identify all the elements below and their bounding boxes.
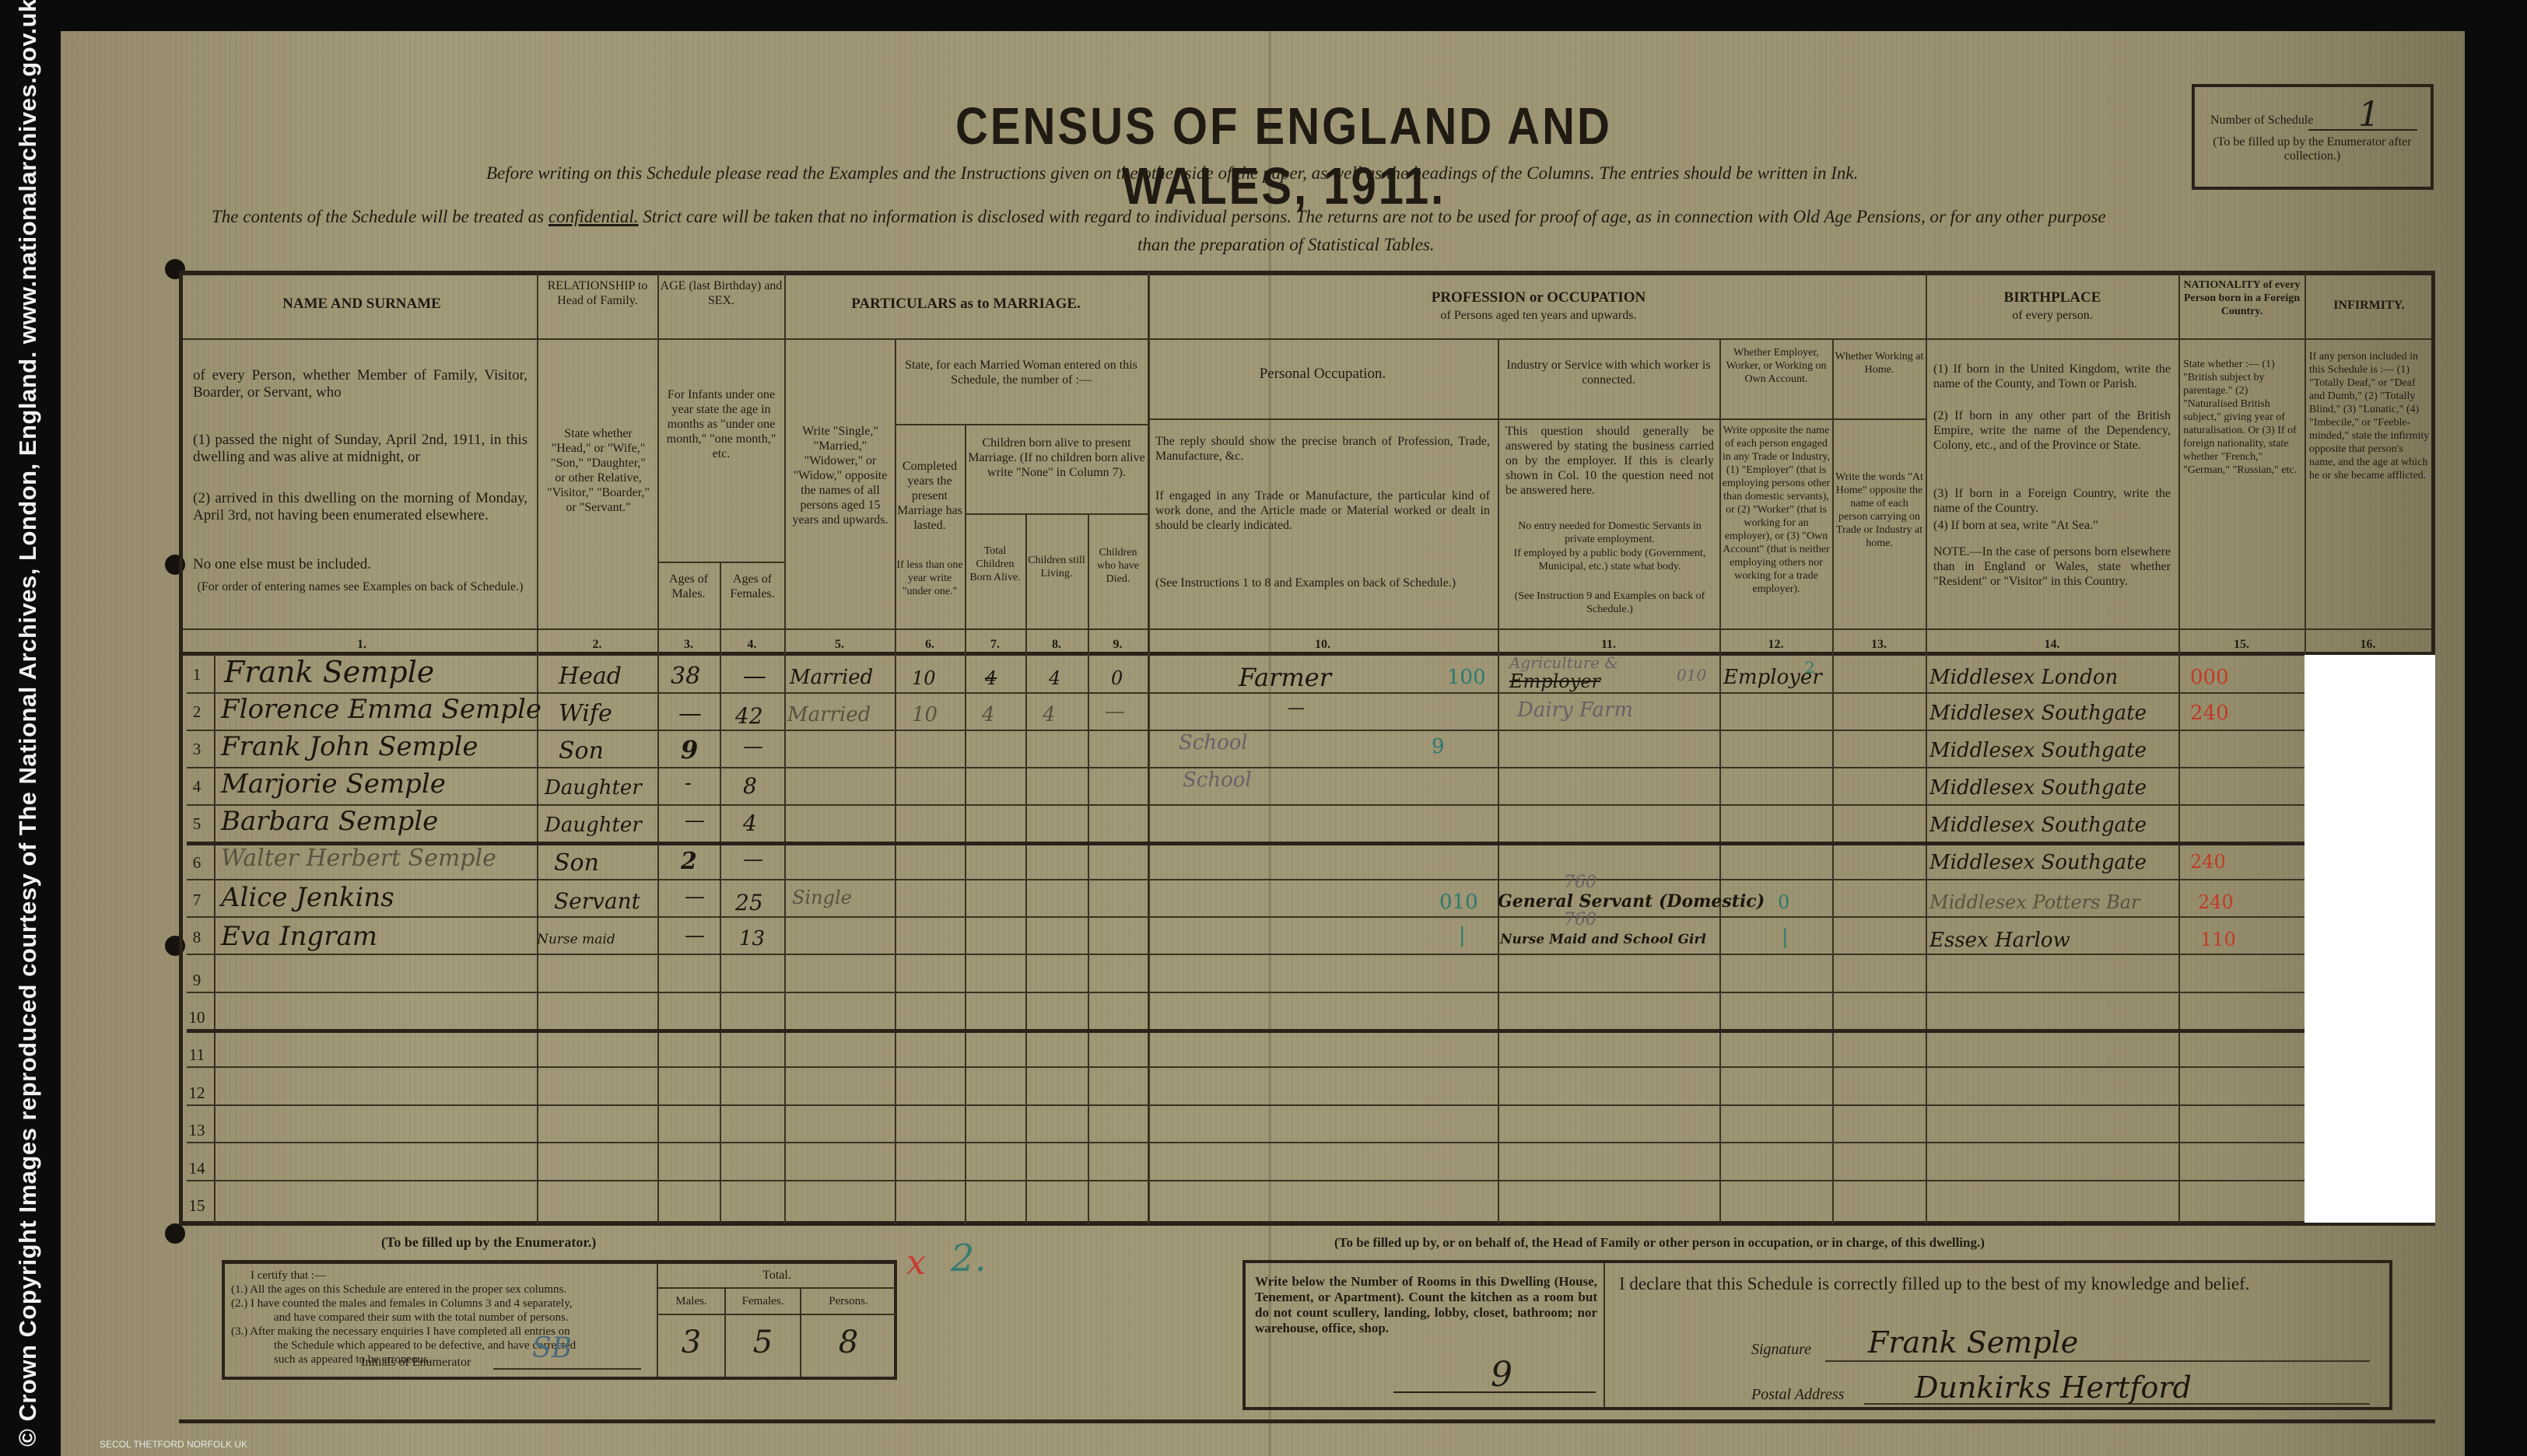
col-completed-note: If less than one year write "under one." <box>896 558 963 598</box>
persons-total: 8 <box>801 1315 895 1370</box>
initials-line <box>493 1368 641 1370</box>
age-female: — <box>743 848 763 871</box>
occupation-code: | <box>1459 924 1466 947</box>
row-number: 2 <box>185 702 209 722</box>
birthplace: Middlesex London <box>1929 666 2118 689</box>
age-male: - <box>685 772 692 795</box>
row-separator <box>187 954 2304 955</box>
row-number: 7 <box>185 891 209 910</box>
col-name-desc1: of every Person, whether Member of Famil… <box>193 367 527 401</box>
personal-occupation: Farmer <box>1239 663 1331 692</box>
page-bottom-border <box>179 1419 2435 1423</box>
rooms-value: 9 <box>1491 1355 1512 1395</box>
column-line <box>1719 338 1721 1223</box>
confidentiality-post: Strict care will be taken that no inform… <box>639 207 2106 226</box>
persons-label: Persons. <box>801 1289 895 1315</box>
age-male: — <box>685 924 705 947</box>
col-industry-desc2: No entry needed for Domestic Servants in… <box>1505 520 1714 546</box>
certify-3: (3.) After making the necessary enquirie… <box>231 1325 647 1339</box>
confidential-word: confidential. <box>549 207 639 226</box>
column-number: 14. <box>1926 638 2178 652</box>
occupation-code: 9 <box>1432 735 1445 758</box>
table-bottom-border <box>179 1221 2435 1226</box>
col-completed-years: Completed years the present Marriage has… <box>896 459 963 533</box>
marital-status: Single <box>792 887 852 908</box>
instruction-line: Before writing on this Schedule please r… <box>486 163 1858 184</box>
col-name-title: NAME AND SURNAME <box>187 296 537 313</box>
industry: Nurse Maid and School Girl <box>1500 932 1706 947</box>
schedule-number-label: Number of Schedule <box>2210 114 2313 128</box>
age-male: 2 <box>681 848 697 875</box>
children-died: 0 <box>1111 667 1123 689</box>
age-female: — <box>743 663 766 690</box>
person-relationship: Wife <box>559 700 612 727</box>
column-line <box>2304 273 2306 655</box>
employment-code: | <box>1782 926 1789 949</box>
row-number: 15 <box>185 1196 209 1216</box>
column-line <box>1498 338 1499 1223</box>
column-number: 2. <box>537 638 657 652</box>
age-female: 8 <box>743 773 757 799</box>
col-children-head: Children born alive to present Marriage.… <box>968 436 1145 480</box>
column-line <box>1926 273 1927 1223</box>
initials-value: SB <box>532 1332 572 1364</box>
row-number: 4 <box>185 777 209 796</box>
person-name: Florence Emma Semple <box>221 694 541 725</box>
col-personal-desc1: The reply should show the precise branch… <box>1155 434 1490 464</box>
birthplace: Middlesex Southgate <box>1929 702 2147 725</box>
age-male: — <box>685 885 705 908</box>
column-line <box>1148 273 1150 1223</box>
females-label: Females. <box>726 1289 800 1315</box>
birthplace: Middlesex Southgate <box>1929 851 2147 874</box>
certify-heading: I certify that :— <box>231 1269 647 1283</box>
children-living: 4 <box>1043 703 1056 726</box>
person-relationship: Son <box>554 849 599 877</box>
rooms-section: Write below the Number of Rooms in this … <box>1246 1263 1605 1407</box>
row-number: 12 <box>185 1083 209 1103</box>
birthplace: Middlesex Southgate <box>1929 814 2147 837</box>
column-number: 6. <box>895 638 965 652</box>
birthplace: Middlesex Southgate <box>1929 739 2147 762</box>
industry-struck: Employer <box>1509 670 1600 692</box>
row-number: 1 <box>185 665 209 684</box>
col-industry-desc3: If employed by a public body (Government… <box>1505 547 1714 573</box>
col-home: Whether Working at Home. <box>1835 350 1924 376</box>
personal-occupation: School <box>1183 768 1252 792</box>
confidentiality-pre: The contents of the Schedule will be tre… <box>212 207 549 226</box>
row-number: 13 <box>185 1121 209 1140</box>
signature-value: Frank Semple <box>1868 1325 2078 1360</box>
nationality-code: 110 <box>2200 929 2236 950</box>
column-number: 13. <box>1832 638 1926 652</box>
column-line <box>657 273 659 1223</box>
col-relationship-desc: State whether "Head," or "Wife," "Son," … <box>545 426 652 515</box>
column-line <box>784 273 786 1223</box>
column-line <box>537 273 538 1223</box>
col-employer-desc: Write opposite the name of each person e… <box>1722 424 1831 596</box>
col-nationality-desc: State whether :— (1) "British subject by… <box>2183 358 2301 477</box>
table-left-border <box>179 271 183 1223</box>
col-personal-desc3: (See Instructions 1 to 8 and Examples on… <box>1155 576 1490 590</box>
females-total: 5 <box>726 1315 800 1370</box>
person-relationship: Head <box>559 663 622 690</box>
enumerator-box: I certify that :— (1.) All the ages on t… <box>222 1260 897 1380</box>
column-number: 1. <box>187 638 537 652</box>
row-separator <box>187 1104 2304 1106</box>
col-age-desc: For Infants under one year state the age… <box>661 387 781 461</box>
col-name-desc3: (2) arrived in this dwelling on the morn… <box>193 490 527 524</box>
children-died: — <box>1105 700 1125 723</box>
personal-occupation: School <box>1179 731 1248 754</box>
nationality-code: 240 <box>2190 851 2226 873</box>
row-number: 8 <box>185 928 209 947</box>
column-number: 7. <box>965 638 1025 652</box>
age-male: 38 <box>671 663 700 690</box>
personal-occupation: — <box>1288 698 1305 718</box>
birthplace: Middlesex Southgate <box>1929 776 2147 800</box>
header-bottom-divider <box>183 628 2431 630</box>
initials-label: Initials of Enumerator <box>361 1356 471 1370</box>
column-number-divider <box>183 652 2431 656</box>
address-value: Dunkirks Hertford <box>1915 1370 2192 1405</box>
col-nationality-title: NATIONALITY of every Person born in a Fo… <box>2181 278 2303 318</box>
column-number: 4. <box>720 638 784 652</box>
enumerator-caption: (To be filled up by the Enumerator.) <box>381 1234 596 1251</box>
col-relationship-title: RELATIONSHIP to Head of Family. <box>538 278 657 308</box>
person-name: Walter Herbert Semple <box>221 845 496 872</box>
column-number: 11. <box>1498 638 1719 652</box>
age-male: — <box>678 700 702 727</box>
marriage-subdivider <box>895 424 1148 425</box>
birthplace: Middlesex Potters Bar <box>1929 891 2140 913</box>
person-relationship: Daughter <box>545 776 642 800</box>
row-separator <box>187 916 2304 918</box>
col-birthplace-desc3: (3) If born in a Foreign Country, write … <box>1933 486 2171 516</box>
industry: Dairy Farm <box>1517 698 1633 722</box>
row-number: 11 <box>185 1045 209 1065</box>
schedule-number-value: 1 <box>2358 95 2380 135</box>
confidentiality-line-2: than the preparation of Statistical Tabl… <box>1137 235 1435 255</box>
signature-line <box>1825 1360 2370 1362</box>
age-male: 9 <box>681 735 698 765</box>
age-female: 42 <box>735 703 763 729</box>
col-marriage-title: PARTICULARS as to MARRIAGE. <box>786 296 1146 313</box>
totals-persons-col: Persons. 8 <box>801 1289 895 1377</box>
col-personal-desc2: If engaged in any Trade or Manufacture, … <box>1155 488 1490 533</box>
column-number: 15. <box>2178 638 2304 652</box>
occupation-code: 010 <box>1439 891 1478 914</box>
enumerator-green-mark: 2. <box>951 1237 987 1280</box>
col-birthplace-subtitle: of every person. <box>1928 308 2177 323</box>
printer-imprint: SECOL THETFORD NORFOLK UK <box>100 1439 247 1450</box>
col-personal-occupation: Personal Occupation. <box>1151 366 1494 383</box>
address-label: Postal Address <box>1751 1386 1844 1404</box>
copyright-credit-strip: © Crown Copyright Images reproduced cour… <box>0 0 56 1456</box>
column-number: 9. <box>1088 638 1148 652</box>
col-occupation-title: PROFESSION or OCCUPATION <box>1151 289 1926 306</box>
employment-code: 0 <box>1778 891 1789 913</box>
nationality-code: 240 <box>2190 702 2229 725</box>
col-name-desc5: (For order of entering names see Example… <box>193 579 527 594</box>
col-industry-desc4: (See Instruction 9 and Examples on back … <box>1505 590 1714 616</box>
row-separator <box>187 1142 2304 1143</box>
confidentiality-notice: The contents of the Schedule will be tre… <box>212 207 2106 227</box>
children-subdivider <box>965 513 1148 515</box>
col-children-living: Children still Living. <box>1027 554 1086 580</box>
industry-code: 010 <box>1677 666 1706 684</box>
row-separator <box>187 1029 2304 1033</box>
person-name: Alice Jenkins <box>221 882 394 913</box>
row-separator <box>187 879 2304 880</box>
column-number: 8. <box>1025 638 1088 652</box>
col-birthplace-desc4: (4) If born at sea, write "At Sea." <box>1933 518 2171 533</box>
certify-2b: and have compared their sum with the tot… <box>231 1311 647 1325</box>
certify-1: (1.) All the ages on this Schedule are e… <box>231 1283 647 1297</box>
column-line <box>720 562 721 1223</box>
page-title: CENSUS OF ENGLAND AND WALES, 1911. <box>856 96 1712 216</box>
nationality-code: 240 <box>2198 891 2234 913</box>
employment-code: 2 <box>1805 658 1815 677</box>
marital-status: Married <box>790 666 873 689</box>
certify-3b: the Schedule which appeared to be defect… <box>231 1339 647 1353</box>
col-age-females: Ages of Females. <box>721 572 783 601</box>
column-line <box>1832 338 1834 1223</box>
person-relationship: Daughter <box>545 814 642 837</box>
age-female: — <box>743 735 763 758</box>
col-home-desc: Write the words "At Home" opposite the n… <box>1835 471 1924 550</box>
marriage-years: 10 <box>912 703 938 726</box>
age-female: 4 <box>743 810 757 836</box>
age-female: 25 <box>735 890 763 915</box>
industry-code: 760 <box>1564 873 1596 892</box>
row-separator <box>187 1066 2304 1068</box>
col-industry-desc1: This question should generally be answer… <box>1505 424 1714 498</box>
industry: General Servant (Domestic) <box>1498 891 1765 912</box>
totals-table: Total. Males. 3 Females. 5 Persons. 8 <box>657 1264 895 1377</box>
children-total: 4 <box>985 667 997 689</box>
marital-status: Married <box>787 703 871 726</box>
totals-heading: Total. <box>658 1264 895 1289</box>
col-birthplace-note: NOTE.—In the case of persons born elsewh… <box>1933 544 2171 589</box>
schedule-number-note: (To be filled up by the Enumerator after… <box>2199 135 2425 163</box>
col-marital-desc: Write "Single," "Married," "Widower," or… <box>787 424 893 527</box>
col-married-woman-desc: State, for each Married Woman entered on… <box>899 358 1144 387</box>
males-label: Males. <box>658 1289 724 1315</box>
nationality-code: 000 <box>2190 666 2229 689</box>
column-number: 10. <box>1148 638 1498 652</box>
row-number: 3 <box>185 740 209 759</box>
col-infirmity-title: INFIRMITY. <box>2307 298 2431 313</box>
person-name: Eva Ingram <box>221 921 377 952</box>
rooms-instructions: Write below the Number of Rooms in this … <box>1255 1274 1597 1336</box>
schedule-number-box: Number of Schedule 1 (To be filled up by… <box>2192 84 2434 190</box>
col-age-title: AGE (last Birthday) and SEX. <box>660 278 783 308</box>
col-children-total: Total Children Born Alive. <box>966 544 1024 584</box>
col-occupation-subtitle: of Persons aged ten years and upwards. <box>1151 308 1926 323</box>
row-number: 5 <box>185 814 209 834</box>
industry-code: 760 <box>1564 910 1596 929</box>
column-number: 5. <box>784 638 895 652</box>
col-name-desc2: (1) passed the night of Sunday, April 2n… <box>193 432 527 466</box>
children-living: 4 <box>1049 667 1060 689</box>
signature-label: Signature <box>1751 1341 1811 1359</box>
column-number: 16. <box>2304 638 2431 652</box>
col-birthplace-desc2: (2) If born in any other part of the Bri… <box>1933 408 2171 453</box>
row-number: 9 <box>185 971 209 990</box>
row-separator <box>187 992 2304 993</box>
occupation-subdivider <box>1148 418 1926 420</box>
person-name: Frank John Semple <box>221 731 478 762</box>
col-age-males: Ages of Males. <box>659 572 718 601</box>
occupation-code: 100 <box>1447 666 1486 689</box>
col-employer: Whether Employer, Worker, or Working on … <box>1722 346 1831 386</box>
declaration: I declare that this Schedule is correctl… <box>1619 1274 2250 1294</box>
column-number: 12. <box>1719 638 1832 652</box>
table-top-border <box>179 271 2435 275</box>
row-separator <box>187 1180 2304 1181</box>
birthplace: Essex Harlow <box>1929 929 2070 952</box>
industry: Agriculture & <box>1509 653 1618 672</box>
person-name: Marjorie Semple <box>221 768 446 800</box>
marriage-years: 10 <box>912 667 936 689</box>
row-separator <box>187 804 2304 806</box>
punch-hole <box>165 1223 185 1244</box>
person-relationship: Nurse maid <box>537 932 615 947</box>
age-male: — <box>685 809 705 832</box>
enumerator-red-mark: x <box>906 1243 926 1283</box>
row-number: 6 <box>185 853 209 873</box>
redaction-patch <box>2304 655 2435 1223</box>
person-relationship: Son <box>559 737 604 765</box>
row-number: 10 <box>185 1008 209 1027</box>
males-total: 3 <box>658 1315 724 1370</box>
head-of-family-caption: (To be filled up by, or on behalf of, th… <box>1334 1235 1985 1251</box>
col-birthplace-desc1: (1) If born in the United Kingdom, write… <box>1933 362 2171 391</box>
totals-males-col: Males. 3 <box>658 1289 726 1377</box>
col-children-died: Children who have Died. <box>1089 546 1147 586</box>
totals-females-col: Females. 5 <box>726 1289 801 1377</box>
col-birthplace-title: BIRTHPLACE <box>1928 289 2177 306</box>
head-of-family-box: Write below the Number of Rooms in this … <box>1242 1260 2392 1410</box>
children-total: 4 <box>982 703 995 726</box>
column-number: 3. <box>657 638 720 652</box>
person-name: Frank Semple <box>224 655 434 689</box>
person-name: Barbara Semple <box>221 806 438 837</box>
row-number-column-line <box>214 655 216 1223</box>
col-infirmity-desc: If any person included in this Schedule … <box>2309 350 2430 482</box>
copyright-credit-text: © Crown Copyright Images reproduced cour… <box>14 0 42 1447</box>
certify-2: (2.) I have counted the males and female… <box>231 1297 647 1311</box>
col-industry: Industry or Service with which worker is… <box>1502 358 1716 387</box>
column-line <box>1088 513 1089 1223</box>
enumerator-certification: I certify that :— (1.) All the ages on t… <box>231 1269 647 1367</box>
age-female: 13 <box>739 927 765 950</box>
column-line <box>2178 273 2180 1223</box>
row-number: 14 <box>185 1159 209 1178</box>
row-separator <box>187 842 2304 845</box>
person-relationship: Servant <box>554 888 640 914</box>
column-line <box>1025 513 1027 1223</box>
col-name-desc4: No one else must be included. <box>193 556 527 573</box>
header-divider <box>183 338 2431 340</box>
